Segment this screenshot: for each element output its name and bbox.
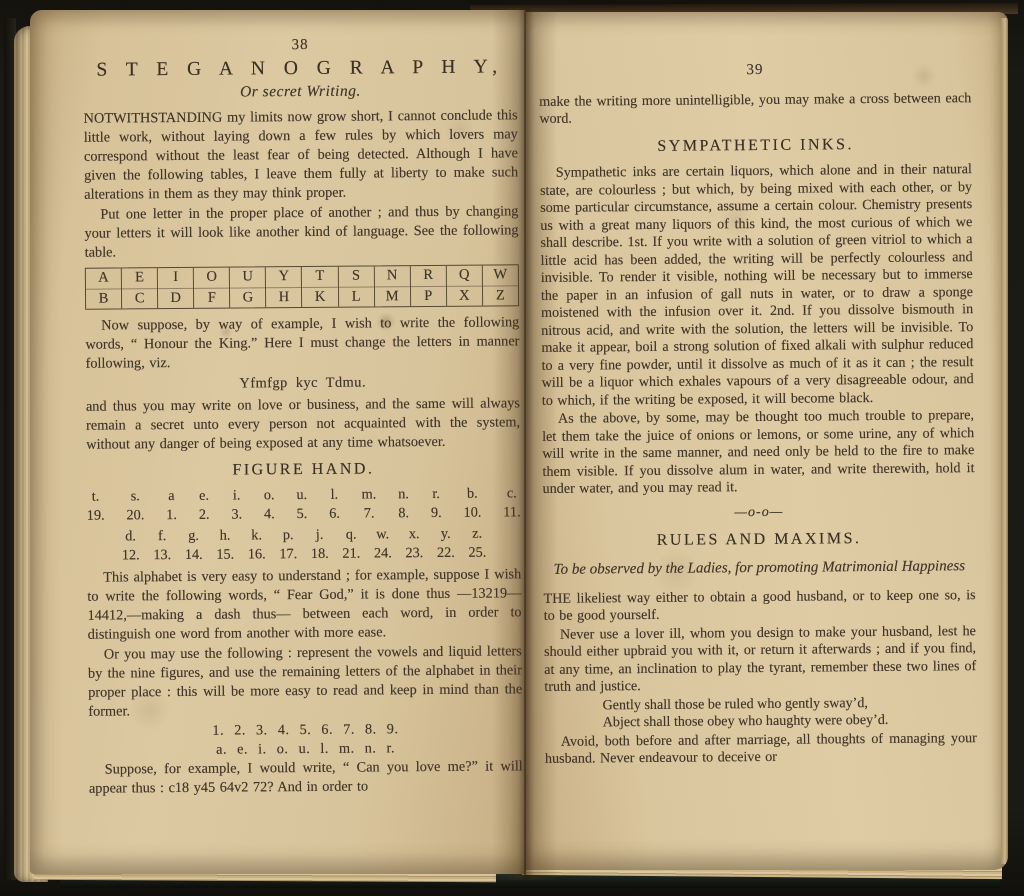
figure-number: 12. [122, 546, 140, 565]
rules-subtitle: To be observed by the Ladies, for promot… [543, 556, 975, 581]
table-cell: T [302, 267, 337, 288]
figure-letter: s. [131, 487, 140, 506]
figure-hand-pair: m. 7. [362, 485, 377, 522]
figure-letter: m. [362, 485, 377, 504]
figure-hand-pair: b. 10. [463, 485, 481, 522]
figure-hand-pair: w. 24. [374, 525, 392, 562]
figure-letter: r. [432, 485, 440, 504]
table-cell: B [86, 289, 121, 309]
table-cell: Q [447, 266, 482, 287]
figure-hand-pair: z. 25. [468, 525, 486, 562]
paragraph: Put one letter in the proper place of an… [84, 202, 518, 262]
figure-hand-pair: x. 23. [405, 525, 423, 562]
figure-letter: d. [125, 527, 136, 546]
figure-letter: j. [316, 526, 324, 545]
table-cell: Y [266, 267, 301, 288]
paragraph: Or you may use the following : represent… [88, 642, 523, 721]
figure-letter: w. [376, 525, 389, 544]
figure-number: 22. [437, 543, 455, 562]
figure-letter: c. [507, 484, 517, 503]
paragraph: NOTWITHSTANDING my limits now grow short… [84, 106, 519, 204]
figure-number: 19. [87, 506, 105, 525]
figure-letter: l. [331, 486, 339, 505]
paragraph: Now suppose, by way of example, I wish t… [85, 313, 519, 373]
figure-number: 6. [329, 504, 340, 523]
figure-number: 24. [374, 544, 392, 563]
figure-letter: u. [296, 486, 307, 505]
table-column: W Z [482, 265, 518, 305]
figure-number: 16. [248, 545, 266, 564]
table-cell: P [411, 286, 446, 306]
table-column: A B [86, 268, 121, 308]
figure-hand-pair: e. 2. [199, 487, 210, 524]
figure-hand-pair: u. 5. [296, 486, 307, 523]
table-cell: S [338, 266, 373, 287]
right-page-fore-edge [1001, 18, 1008, 864]
figure-hand-pair: o. 4. [264, 486, 275, 523]
figure-number: 23. [405, 544, 423, 563]
verse-couplet: Gently shall those be ruled who gently s… [544, 694, 976, 733]
figure-hand-heading: FIGURE HAND. [86, 458, 520, 480]
table-cell: E [122, 268, 157, 289]
figure-letter: a [168, 487, 175, 506]
sympathetic-inks-heading: SYMPATHETIC INKS. [540, 135, 972, 156]
figure-number: 8. [398, 504, 409, 523]
table-column: R P [410, 266, 446, 306]
figure-number: 25. [468, 543, 486, 562]
paragraph: Sympathetic inks are certain liquors, wh… [540, 161, 974, 410]
figure-letter: b. [467, 485, 478, 504]
right-page-content: 39 make the writing more unintelligible,… [539, 60, 977, 769]
figure-number: 5. [297, 504, 308, 523]
figure-number: 3. [231, 505, 242, 524]
left-page-number: 38 [83, 34, 517, 56]
table-cell: U [230, 267, 265, 288]
right-page: 39 make the writing more unintelligible,… [526, 12, 1008, 870]
figure-letter: z. [472, 525, 482, 544]
table-column: O F [193, 268, 229, 308]
figure-number: 10. [463, 503, 481, 522]
right-page-number: 39 [539, 60, 971, 81]
figure-hand-pair: c. 11. [503, 484, 521, 521]
rules-and-maxims-heading: RULES AND MAXIMS. [543, 529, 975, 550]
section-divider: —o-o— [543, 502, 975, 523]
book-gutter-crease [524, 10, 526, 876]
figure-number: 17. [279, 545, 297, 564]
figure-hand-row-1: t. 19. s. 20. a 1. e. 2. i. 3. o. 4. [87, 484, 521, 524]
figure-number: 2. [199, 505, 210, 524]
figure-letter: y. [441, 525, 451, 544]
figure-letter: t. [92, 488, 100, 507]
figure-number: 18. [311, 544, 329, 563]
figure-hand-pair: p. 17. [279, 526, 297, 563]
paragraph: THE likeliest way either to obtain a goo… [544, 587, 976, 626]
figure-hand-pair: s. 20. [126, 487, 144, 524]
verse-line: Abject shall those obey who haughty were… [603, 711, 977, 732]
paragraph: This alphabet is very easy to understand… [87, 565, 522, 644]
figure-number: 20. [126, 506, 144, 525]
table-cell: N [374, 266, 409, 287]
table-cell: G [230, 288, 265, 308]
figure-number: 13. [153, 546, 171, 565]
table-cell: R [411, 266, 446, 287]
paragraph: Avoid, both before and after marriage, a… [545, 730, 977, 769]
table-cell: H [266, 288, 301, 308]
figure-hand-pair: t. 19. [87, 488, 105, 525]
table-cell: O [194, 268, 229, 289]
figure-number: 15. [216, 545, 234, 564]
figure-hand-pair: k. 16. [248, 526, 266, 563]
paragraph: make the writing more unintelligible, yo… [539, 90, 971, 129]
letter-substitution-table: A B E C I D O F U G Y H T [85, 264, 519, 309]
table-cell: I [158, 268, 193, 289]
table-cell: X [447, 286, 482, 306]
figure-number: 7. [364, 504, 375, 523]
figure-letter: e. [199, 487, 209, 506]
table-column: N M [373, 266, 409, 306]
figure-number: 11. [503, 503, 520, 522]
figure-hand-pair: l. 6. [329, 486, 340, 523]
table-cell: W [483, 265, 518, 286]
figure-letter: k. [251, 526, 262, 545]
figure-hand-pair: h. 15. [216, 527, 234, 564]
figure-letter: p. [283, 526, 294, 545]
figure-letter: g. [188, 527, 199, 546]
paragraph: As the above, by some, may be thought to… [542, 407, 975, 498]
figure-hand-pair: g. 14. [185, 527, 203, 564]
paragraph: Never use a lover ill, whom you design t… [544, 623, 977, 697]
table-column: I D [157, 268, 193, 308]
figure-letter: f. [158, 527, 166, 546]
figure-hand-pair: y. 22. [437, 525, 455, 562]
figure-hand-row-2: d. 12. f. 13. g. 14. h. 15. k. 16. p. 17… [122, 525, 487, 565]
table-cell: D [158, 288, 193, 308]
figure-hand-pair: d. 12. [122, 527, 140, 564]
table-cell: Z [483, 286, 518, 306]
cipher-example-text: Yfmfgp kyc Tdmu. [86, 372, 520, 394]
table-cell: L [339, 287, 374, 307]
table-column: E C [121, 268, 157, 308]
figure-letter: n. [398, 485, 409, 504]
table-column: T K [301, 267, 337, 307]
table-cell: M [375, 287, 410, 307]
figure-letter: o. [264, 486, 275, 505]
figure-hand-pair: f. 13. [153, 527, 171, 564]
table-cell: F [194, 288, 229, 308]
figure-number: 14. [185, 545, 203, 564]
chapter-title: S T E G A N O G R A P H Y, [83, 57, 517, 79]
figure-letter: x. [409, 525, 420, 544]
table-column: U G [229, 267, 265, 307]
paragraph: Suppose, for example, I would write, “ C… [89, 757, 523, 798]
figure-number: 4. [264, 505, 275, 524]
figure-hand-pair: n. 8. [398, 485, 409, 522]
figure-hand-pair: q. 21. [342, 526, 360, 563]
book-photo: 38 S T E G A N O G R A P H Y, Or secret … [0, 0, 1024, 896]
table-column: S L [337, 266, 373, 306]
left-page-content: 38 S T E G A N O G R A P H Y, Or secret … [83, 34, 523, 799]
chapter-subtitle: Or secret Writing. [83, 80, 517, 102]
figure-letter: q. [346, 526, 357, 545]
left-page: 38 S T E G A N O G R A P H Y, Or secret … [30, 10, 526, 874]
paragraph: and thus you may write on love or busine… [86, 394, 520, 454]
figure-letter: i. [233, 486, 241, 505]
table-cell: K [302, 287, 337, 307]
figure-number: 21. [342, 544, 360, 563]
table-cell: A [86, 268, 121, 289]
table-cell: C [122, 289, 157, 309]
figure-hand-pair: i. 3. [231, 486, 242, 523]
figure-letter: h. [220, 527, 231, 546]
figure-number: 9. [431, 503, 442, 522]
figure-hand-pair: j. 18. [311, 526, 329, 563]
figure-hand-pair: a 1. [166, 487, 177, 524]
figure-hand-pair: r. 9. [431, 485, 442, 522]
figure-number: 1. [166, 505, 177, 524]
table-column: Y H [265, 267, 301, 307]
table-column: Q X [446, 266, 482, 306]
